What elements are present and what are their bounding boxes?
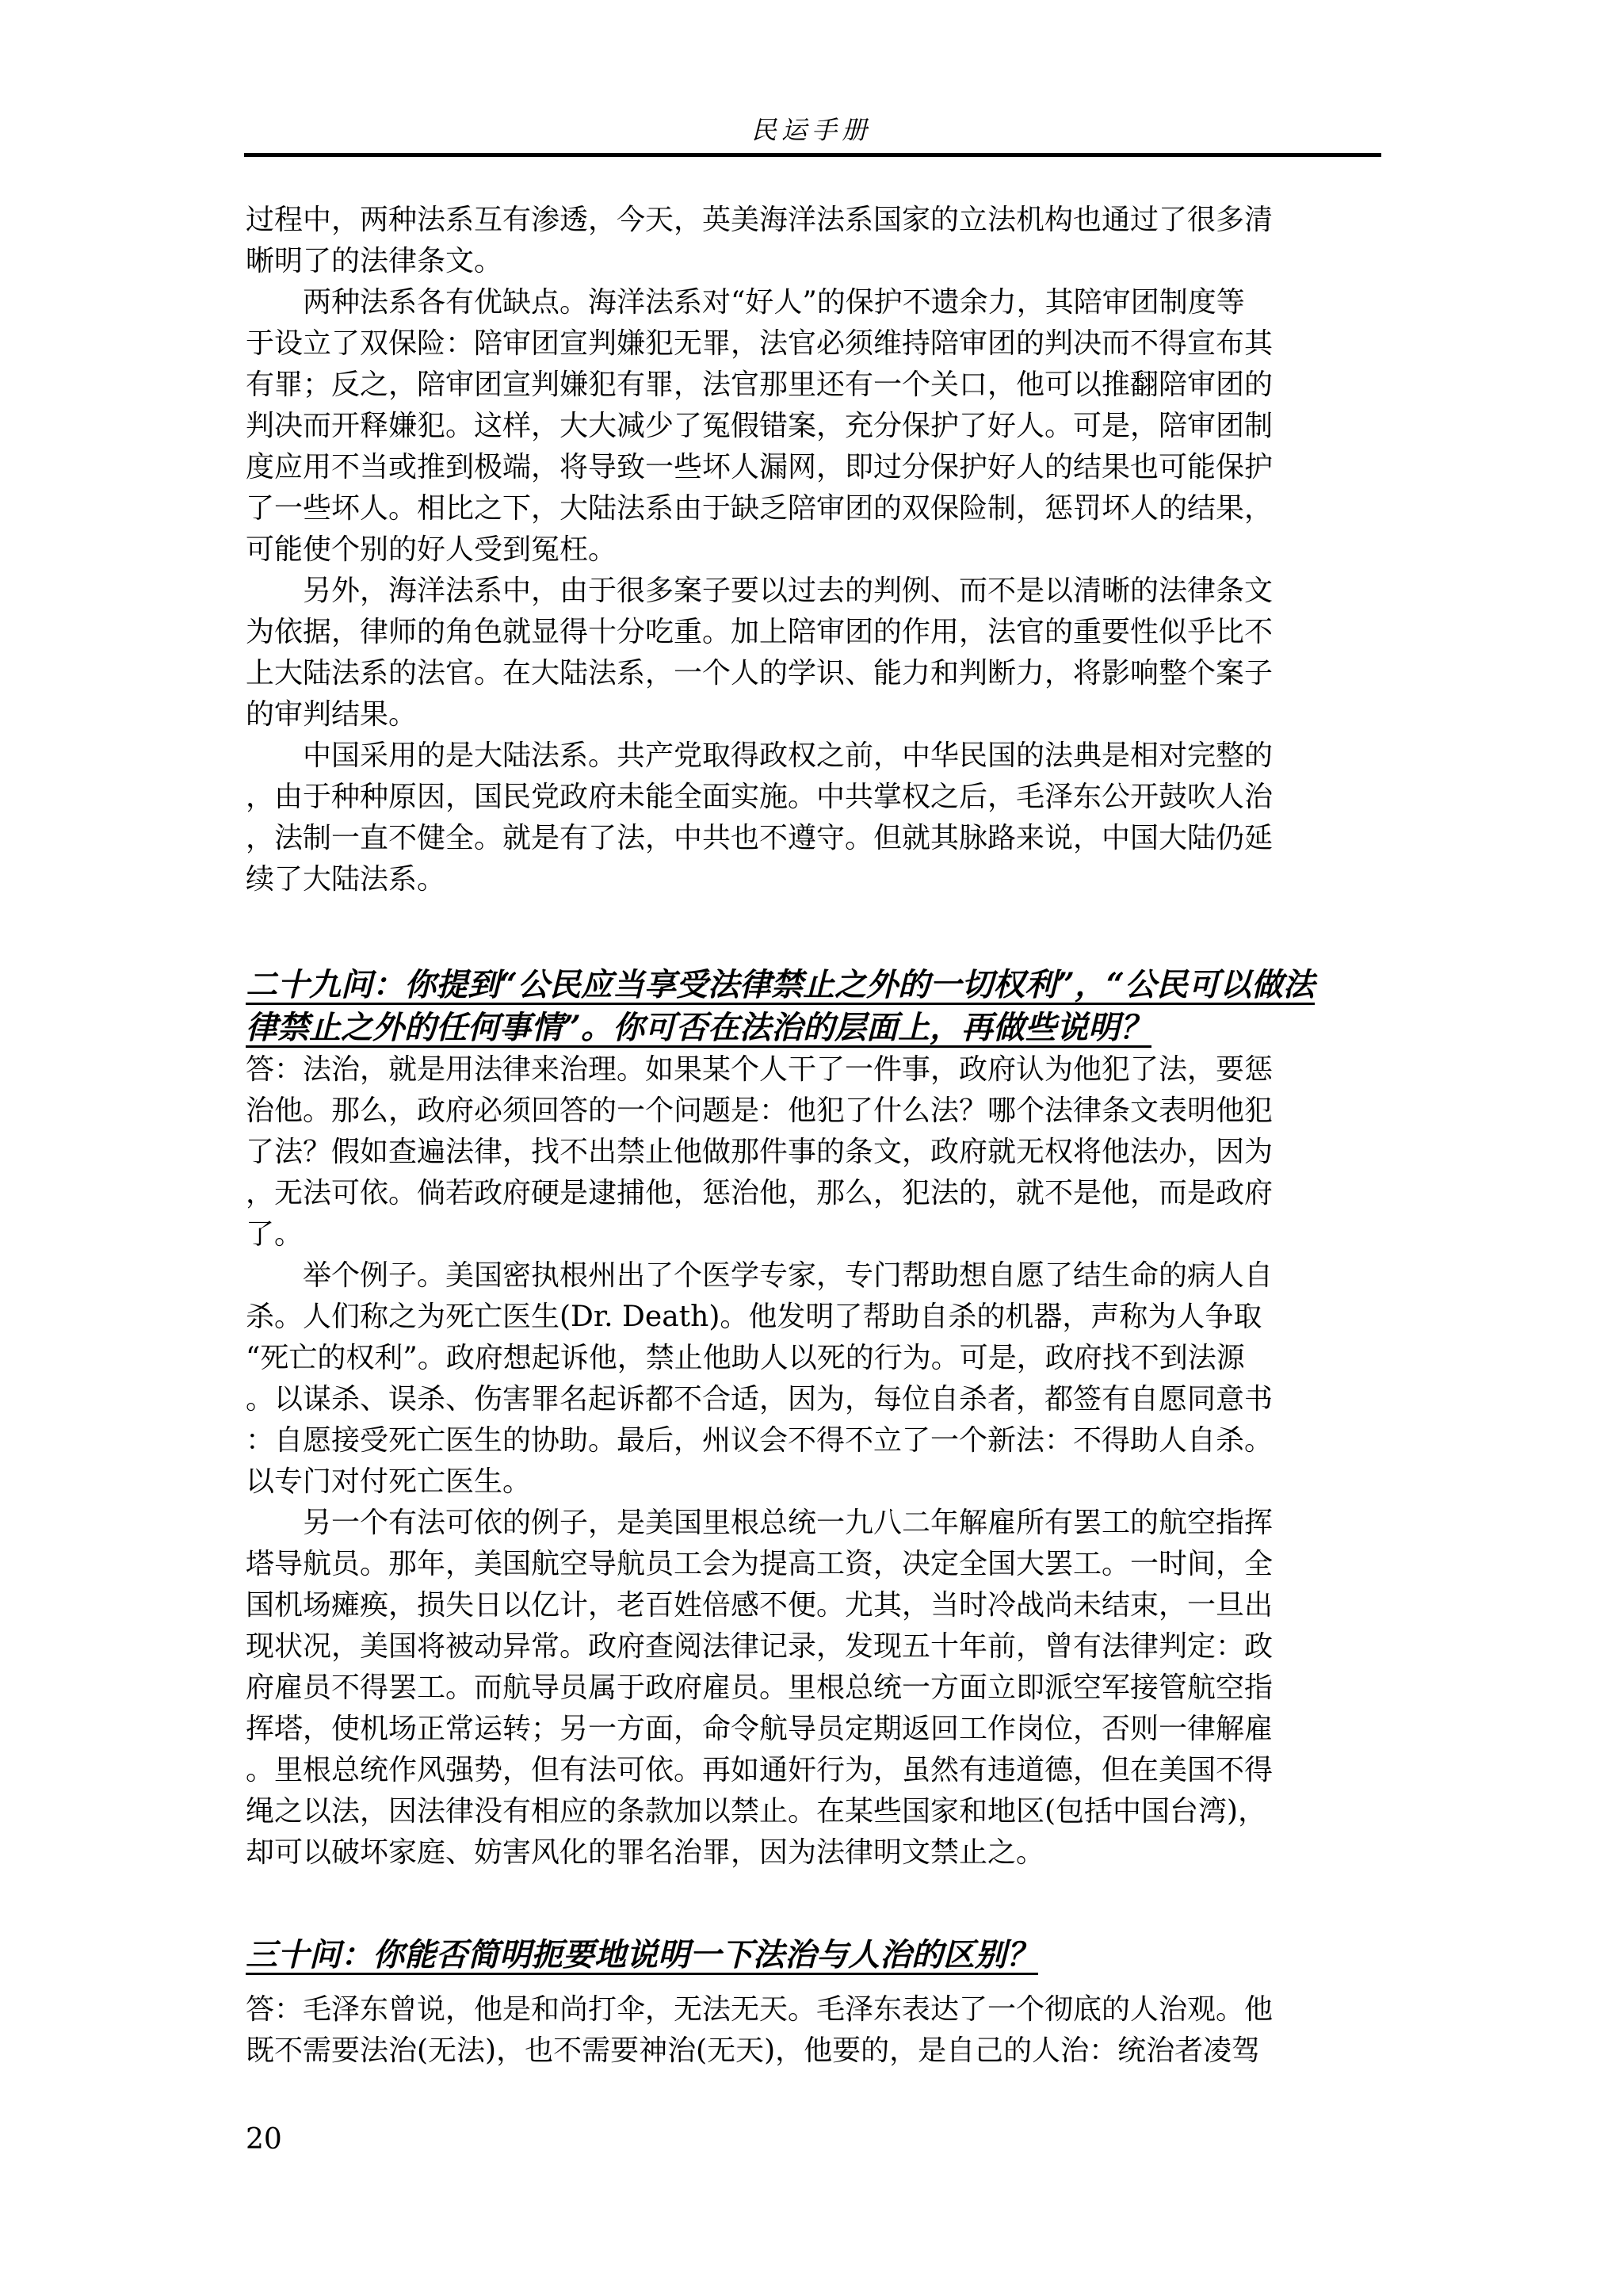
intro-paragraph-3: 另外，海洋法系中，由于很多案子要以过去的判例、而不是以清晰的法律条文 为依据，律…: [246, 571, 1387, 735]
question-30-heading: 三十问：你能否简明扼要地说明一下法治与人治的区别？: [246, 1934, 1387, 1977]
page-content: 过程中，两种法系互有渗透，今天，英美海洋法系国家的立法机构也通过了很多清 晰明了…: [246, 200, 1387, 2072]
intro-paragraph-4: 中国采用的是大陆法系。共产党取得政权之前，中华民国的法典是相对完整的 ，由于种种…: [246, 735, 1387, 900]
document-page: 民运手册 过程中，两种法系互有渗透，今天，英美海洋法系国家的立法机构也通过了很多…: [0, 0, 1623, 2296]
page-number: 20: [246, 2119, 282, 2160]
page-header-title: 民运手册: [0, 116, 1623, 144]
answer-30-paragraph-1: 答：毛泽东曾说，他是和尚打伞，无法无天。毛泽东表达了一个彻底的人治观。他 既不需…: [246, 1989, 1387, 2072]
header-divider-rule: [244, 153, 1381, 157]
intro-paragraph-1: 过程中，两种法系互有渗透，今天，英美海洋法系国家的立法机构也通过了很多清 晰明了…: [246, 200, 1387, 282]
question-29-heading: 二十九问：你提到“公民应当享受法律禁止之外的一切权利”，“公民可以做法 律禁止之…: [246, 964, 1387, 1049]
answer-29-paragraph-2: 举个例子。美国密执根州出了个医学专家，专门帮助想自愿了结生命的病人自 杀。人们称…: [246, 1255, 1387, 1503]
intro-paragraph-2: 两种法系各有优缺点。海洋法系对“好人”的保护不遗余力，其陪审团制度等 于设立了双…: [246, 282, 1387, 571]
answer-29-paragraph-3: 另一个有法可依的例子，是美国里根总统一九八二年解雇所有罢工的航空指挥 塔导航员。…: [246, 1503, 1387, 1874]
answer-29-paragraph-1: 答：法治，就是用法律来治理。如果某个人干了一件事，政府认为他犯了法，要惩 治他。…: [246, 1049, 1387, 1255]
